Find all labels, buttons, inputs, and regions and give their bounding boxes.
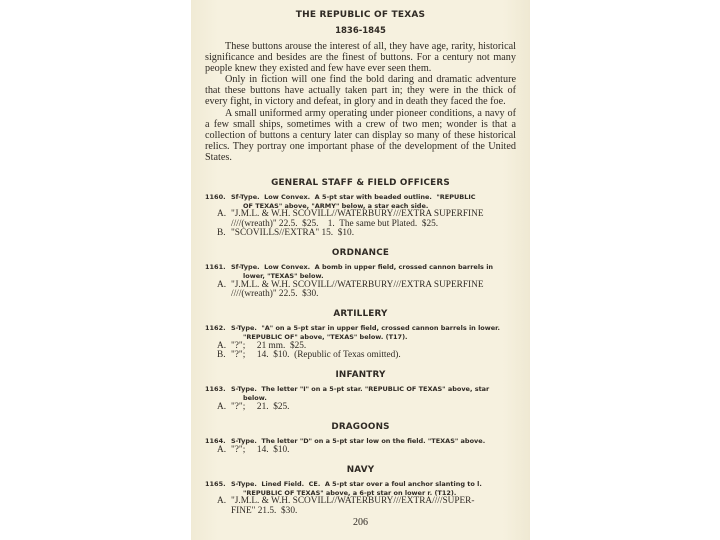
entry-description-line: S-Type. The letter "I" on a 5-pt star. "… [231,385,489,393]
variant-letter: A. [217,281,231,290]
variant-text: "J.M.L. & W.H. SCOVILL//WATERBURY///EXTR… [231,209,484,219]
variant-row: A."J.M.L. & W.H. SCOVILL//WATERBURY///EX… [205,281,516,300]
entry-description-line: Sf-Type. Low Convex. A 5-pt star with be… [231,193,476,201]
variant-row: A."?"; 21. $25. [205,403,516,412]
variant-letter: A. [217,446,231,455]
catalog-entry: 1163.S-Type. The letter "I" on a 5-pt st… [205,385,516,402]
variant-text: "J.M.L. & W.H. SCOVILL//WATERBURY///EXTR… [231,496,474,506]
entry-description: S-Type. "A" on a 5-pt star in upper fiel… [231,324,516,341]
catalog-entry: 1165.S-Type. Lined Field. CE. A 5-pt sta… [205,480,516,497]
entry-description-line: S-Type. Lined Field. CE. A 5-pt star ove… [231,480,482,488]
intro-paragraph-1: These buttons arouse the interest of all… [205,41,516,74]
variant-text: "?"; 21. $25. [231,402,289,412]
intro-paragraph-2: Only in fiction will one find the bold d… [205,74,516,107]
variant-row: B."?"; 14. $10. (Republic of Texas omitt… [205,351,516,360]
section-heading: ORDNANCE [205,247,516,259]
book-page: THE REPUBLIC OF TEXAS 1836-1845 These bu… [191,0,530,540]
page-subtitle-years: 1836-1845 [205,25,516,38]
page-number: 206 [191,517,530,528]
variant-text: "?"; 14. $10. [231,445,289,455]
entry-description: Sf-Type. Low Convex. A bomb in upper fie… [231,263,516,280]
section-heading: INFANTRY [205,369,516,381]
variant-letter: B. [217,351,231,360]
entry-description: S-Type. The letter "I" on a 5-pt star. "… [231,385,516,402]
entry-number: 1163. [205,385,226,394]
page-title: THE REPUBLIC OF TEXAS [205,8,516,22]
catalog-entry: 1162.S-Type. "A" on a 5-pt star in upper… [205,324,516,341]
variant-letter: A. [217,497,231,506]
section-heading: GENERAL STAFF & FIELD OFFICERS [205,177,516,189]
variant-row: A."?"; 14. $10. [205,446,516,455]
variant-text: "SCOVILLS//EXTRA" 15. $10. [231,228,354,238]
section-heading: DRAGOONS [205,421,516,433]
variant-row: B."SCOVILLS//EXTRA" 15. $10. [205,229,516,238]
entry-description-line: S-Type. "A" on a 5-pt star in upper fiel… [231,324,500,332]
intro-paragraph-3: A small uniformed army operating under p… [205,108,516,163]
variant-letter: B. [217,229,231,238]
entry-number: 1162. [205,324,226,333]
catalog-sections: GENERAL STAFF & FIELD OFFICERS1160.Sf-Ty… [205,177,516,516]
entry-number: 1165. [205,480,226,489]
section-heading: ARTILLERY [205,308,516,320]
entry-number: 1160. [205,193,226,202]
variant-letter: A. [217,403,231,412]
catalog-entry: 1160.Sf-Type. Low Convex. A 5-pt star wi… [205,193,516,210]
variant-text-continuation: ////(wreath)" 22.5. $30. [217,290,516,299]
catalog-entry: 1161.Sf-Type. Low Convex. A bomb in uppe… [205,263,516,280]
section-heading: NAVY [205,464,516,476]
entry-description: Sf-Type. Low Convex. A 5-pt star with be… [231,193,516,210]
variant-row: A."J.M.L. & W.H. SCOVILL//WATERBURY///EX… [205,497,516,516]
variant-row: A."J.M.L. & W.H. SCOVILL//WATERBURY///EX… [205,210,516,229]
variant-text-continuation: FINE" 21.5. $30. [217,507,516,516]
variant-letter: A. [217,210,231,219]
entry-number: 1161. [205,263,226,272]
entry-description: S-Type. Lined Field. CE. A 5-pt star ove… [231,480,516,497]
variant-text: "?"; 14. $10. (Republic of Texas omitted… [231,350,401,360]
entry-description-line: Sf-Type. Low Convex. A bomb in upper fie… [231,263,493,271]
